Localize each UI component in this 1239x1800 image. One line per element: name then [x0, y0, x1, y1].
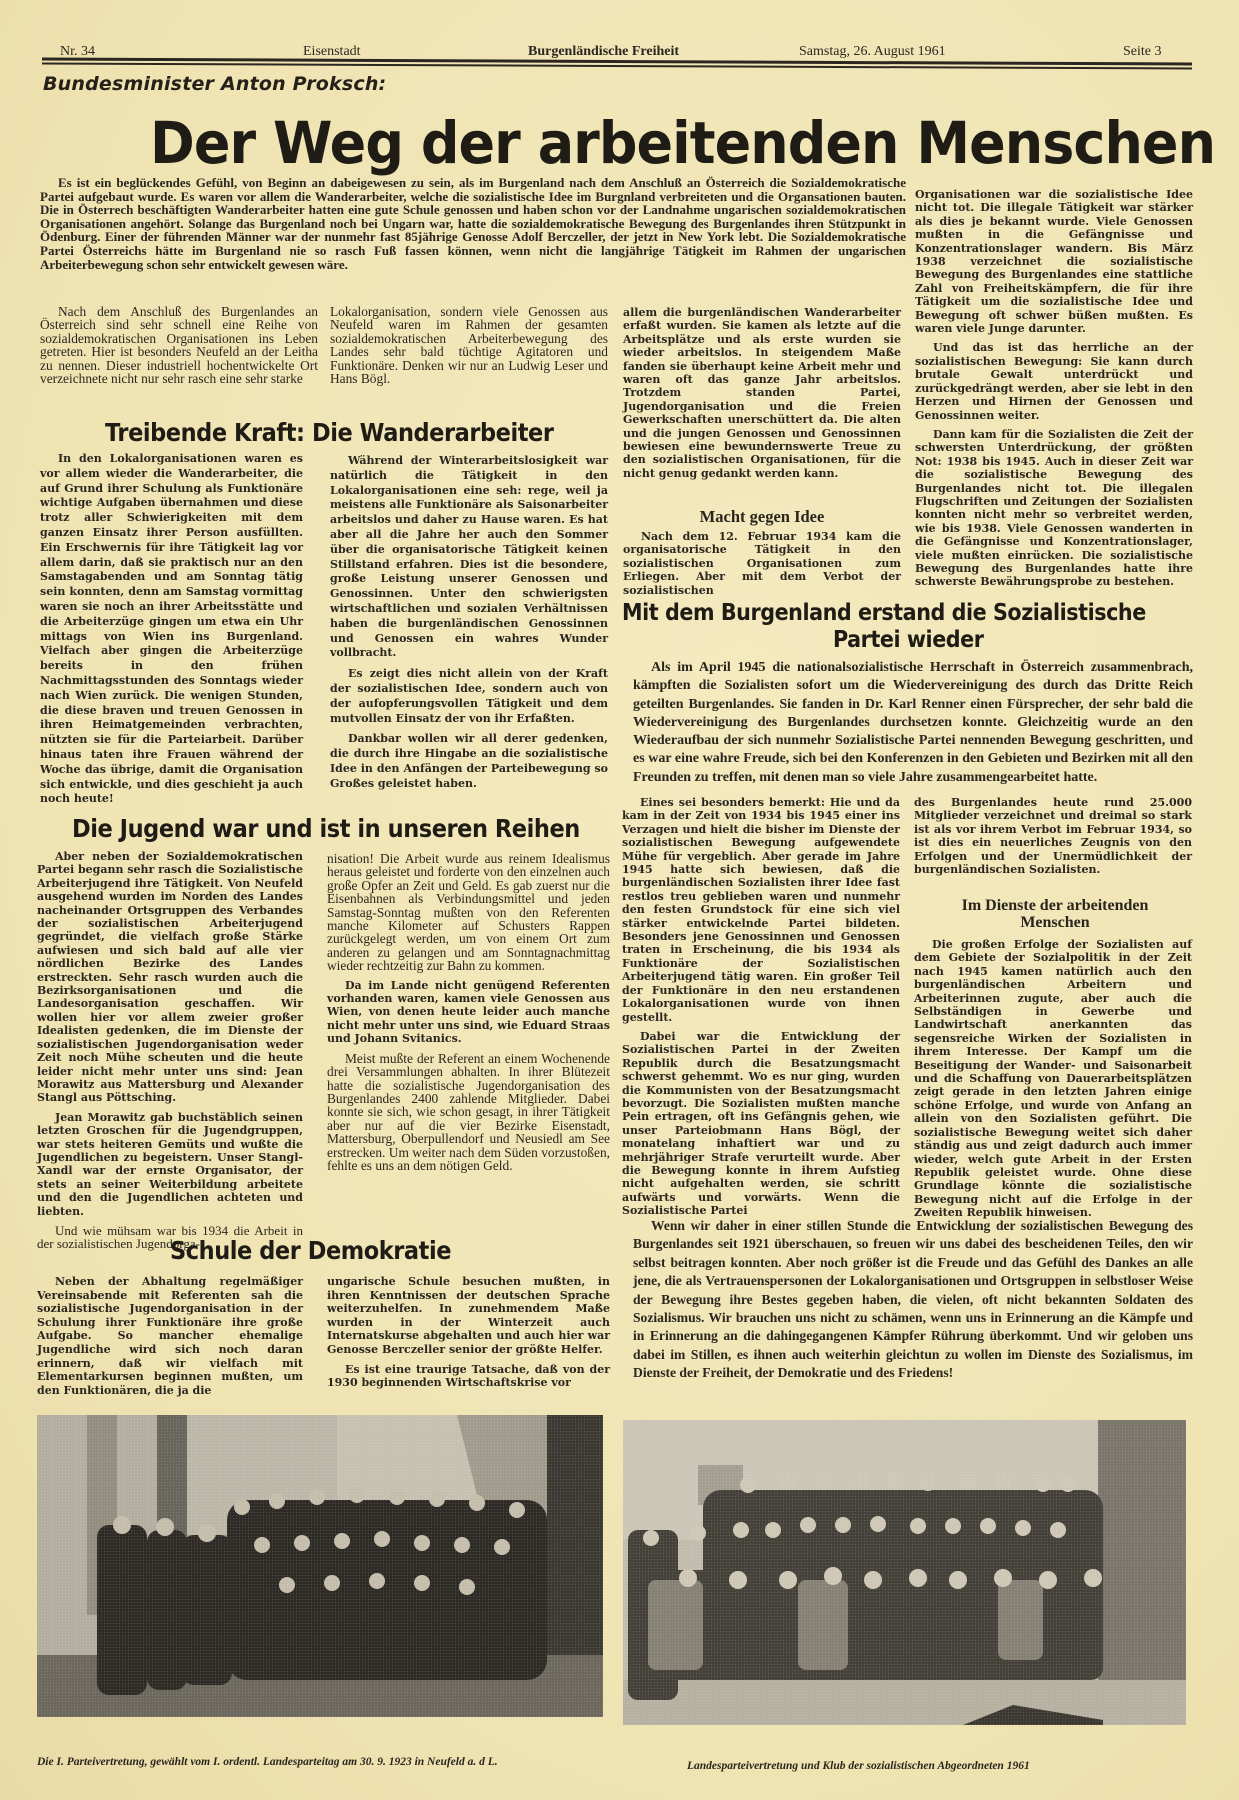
issue-date: Samstag, 26. August 1961	[799, 44, 946, 60]
schule-column-1: Neben der Abhaltung regelmäßiger Vereins…	[37, 1275, 303, 1403]
jugend-column-1: Aber neben der Sozialdemokratischen Part…	[37, 850, 303, 1257]
group-photo-1961	[623, 1420, 1186, 1725]
photo-caption-1923: Die I. Parteivertretung, gewählt vom I. …	[37, 1756, 498, 1768]
burgenland-lead: Als im April 1945 die nationalsozialisti…	[633, 659, 1193, 793]
newspaper-name: Burgenländische Freiheit	[528, 44, 679, 60]
photo-image-1961	[623, 1420, 1186, 1725]
closing-paragraph: Wenn wir daher in einer stillen Stunde d…	[633, 1217, 1193, 1389]
article-column-3-top: allem die burgenländischen Wanderarbeite…	[623, 306, 901, 486]
photo-image-1923	[37, 1415, 603, 1717]
article-headline: Der Weg der arbeitenden Menschen	[150, 112, 1006, 174]
newspaper-page: Nr. 34 Eisenstadt Burgenländische Freihe…	[0, 0, 1239, 1800]
masthead-place: Eisenstadt	[303, 44, 361, 60]
section-head-burgenland-line2: Partei wieder	[833, 627, 984, 653]
article-lead: Es ist ein beglückendes Gefühl, von Begi…	[40, 176, 906, 277]
treibende-column-2: Während der Winterarbeitslosigkeit war n…	[330, 454, 608, 798]
page-number: Seite 3	[1123, 44, 1162, 60]
schule-column-2: ungarische Schule besuchen mußten, in ih…	[327, 1275, 610, 1396]
article-kicker: Bundesminister Anton Proksch:	[43, 73, 386, 95]
intro-column-2: Lokalorganisation, sondern viele Genosse…	[330, 305, 608, 391]
section-head-treibende-kraft: Treibende Kraft: Die Wanderarbeiter	[105, 418, 554, 447]
jugend-column-2: nisation! Die Arbeit wurde aus reinem Id…	[327, 852, 610, 1178]
section-head-burgenland-line1: Mit dem Burgenland erstand die Sozialist…	[622, 600, 1146, 626]
burgenland-column-3: Eines sei besonders bemerkt: Hie und da …	[622, 796, 900, 1224]
article-column-4: Organisationen war die sozialistische Id…	[915, 188, 1193, 595]
macht-gegen-idee-text: Nach dem 12. Februar 1934 kam die organi…	[623, 530, 901, 603]
photo-caption-1961: Landesparteivertretung und Klub der sozi…	[687, 1760, 1030, 1772]
subhead-macht-gegen-idee: Macht gegen Idee	[623, 507, 901, 527]
section-head-jugend: Die Jugend war und ist in unseren Reihen	[72, 814, 580, 843]
treibende-column-1: In den Lokalorganisationen waren es vor …	[40, 452, 303, 813]
subhead-im-dienste: Im Dienste der arbeitenden Menschen	[930, 897, 1180, 931]
im-dienste-text: Die großen Erfolge der Sozialisten auf d…	[914, 938, 1192, 1226]
burgenland-column-4-top: des Burgenlandes heute rund 25.000 Mitgl…	[914, 796, 1192, 882]
group-photo-1923	[37, 1415, 603, 1717]
section-head-schule: Schule der Demokratie	[170, 1236, 451, 1265]
intro-column-1: Nach dem Anschluß des Burgenlandes an Ös…	[40, 305, 318, 391]
